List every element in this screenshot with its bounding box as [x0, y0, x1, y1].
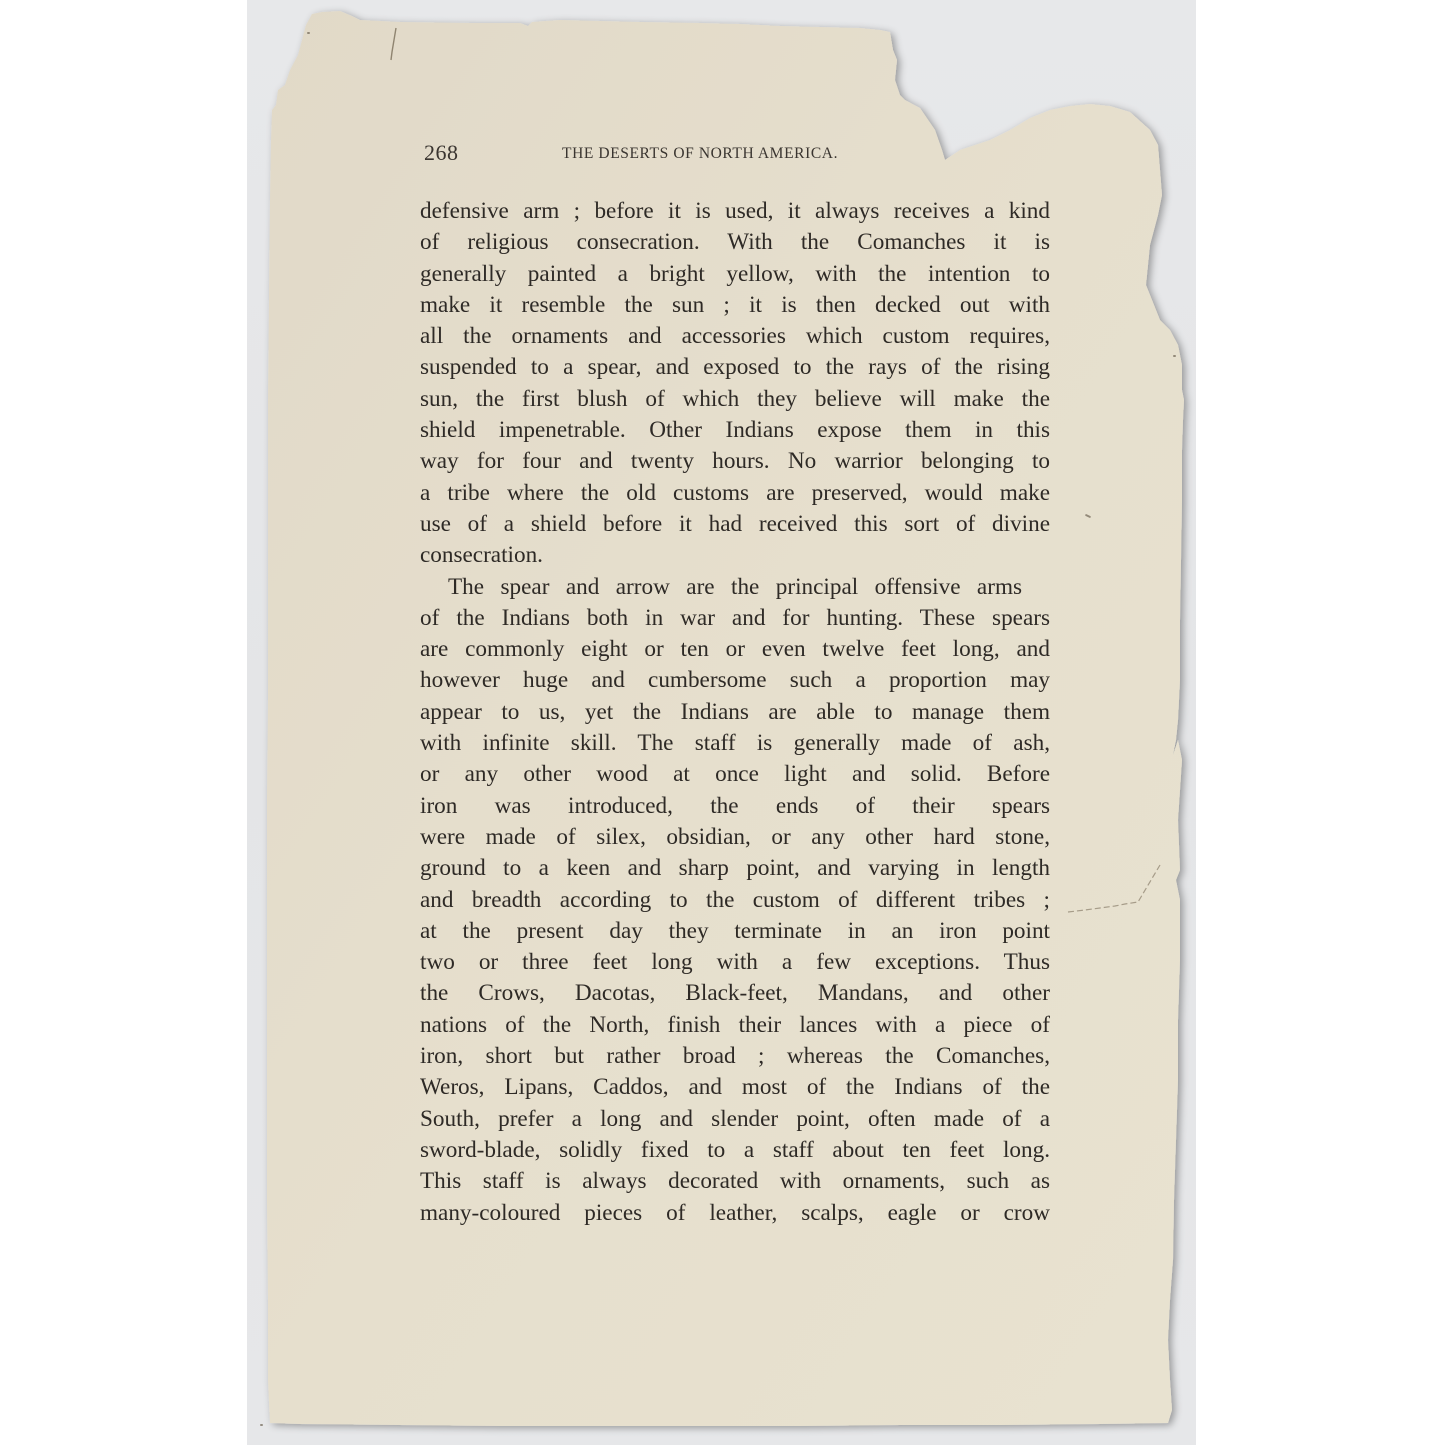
- paragraph-2: The spear and arrow are the principal of…: [420, 572, 1050, 1229]
- text-line: of religious consecration. With the Coma…: [420, 227, 1050, 258]
- text-line: with infinite skill. The staff is genera…: [420, 728, 1050, 759]
- text-line: two or three feet long with a few except…: [420, 947, 1050, 978]
- paper-speck: [1173, 355, 1176, 357]
- paper-speck: [260, 1424, 263, 1426]
- text-line: ground to a keen and sharp point, and va…: [420, 853, 1050, 884]
- text-line: sword-blade, solidly fixed to a staff ab…: [420, 1135, 1050, 1166]
- paragraph-1: defensive arm ; before it is used, it al…: [420, 196, 1050, 572]
- text-line: South, prefer a long and slender point, …: [420, 1104, 1050, 1135]
- text-line: shield impenetrable. Other Indians expos…: [420, 415, 1050, 446]
- text-line: appear to us, yet the Indians are able t…: [420, 697, 1050, 728]
- page-number: 268: [424, 140, 459, 166]
- text-line: This staff is always decorated with orna…: [420, 1166, 1050, 1197]
- running-title: THE DESERTS OF NORTH AMERICA.: [562, 145, 838, 163]
- text-line: all the ornaments and accessories which …: [420, 321, 1050, 352]
- text-line: or any other wood at once light and soli…: [420, 759, 1050, 790]
- running-head: 268 THE DESERTS OF NORTH AMERICA.: [420, 138, 1050, 178]
- text-line: make it resemble the sun ; it is then de…: [420, 290, 1050, 321]
- paper-speck: [307, 32, 310, 34]
- text-line-paragraph-end: consecration.: [420, 540, 1050, 571]
- text-line: are commonly eight or ten or even twelve…: [420, 634, 1050, 665]
- text-line: were made of silex, obsidian, or any oth…: [420, 822, 1050, 853]
- text-line: the Crows, Dacotas, Black-feet, Mandans,…: [420, 978, 1050, 1009]
- text-line: way for four and twenty hours. No warrio…: [420, 446, 1050, 477]
- text-line: at the present day they terminate in an …: [420, 916, 1050, 947]
- text-line: Weros, Lipans, Caddos, and most of the I…: [420, 1072, 1050, 1103]
- text-line: of the Indians both in war and for hunti…: [420, 603, 1050, 634]
- body-text: defensive arm ; before it is used, it al…: [420, 196, 1050, 1229]
- book-page-text: 268 THE DESERTS OF NORTH AMERICA. defens…: [420, 138, 1050, 1229]
- text-line: iron was introduced, the ends of their s…: [420, 791, 1050, 822]
- text-line: sun, the first blush of which they belie…: [420, 384, 1050, 415]
- text-line: suspended to a spear, and exposed to the…: [420, 352, 1050, 383]
- text-line: and breadth according to the custom of d…: [420, 885, 1050, 916]
- text-line-indented: The spear and arrow are the principal of…: [420, 572, 1050, 603]
- text-line: many-coloured pieces of leather, scalps,…: [420, 1198, 1050, 1229]
- text-line: use of a shield before it had received t…: [420, 509, 1050, 540]
- text-line: generally painted a bright yellow, with …: [420, 259, 1050, 290]
- text-line: defensive arm ; before it is used, it al…: [420, 196, 1050, 227]
- text-line: iron, short but rather broad ; whereas t…: [420, 1041, 1050, 1072]
- text-line: nations of the North, finish their lance…: [420, 1010, 1050, 1041]
- text-line: a tribe where the old customs are preser…: [420, 478, 1050, 509]
- text-line: however huge and cumbersome such a propo…: [420, 665, 1050, 696]
- photo-stage: 268 THE DESERTS OF NORTH AMERICA. defens…: [0, 0, 1445, 1445]
